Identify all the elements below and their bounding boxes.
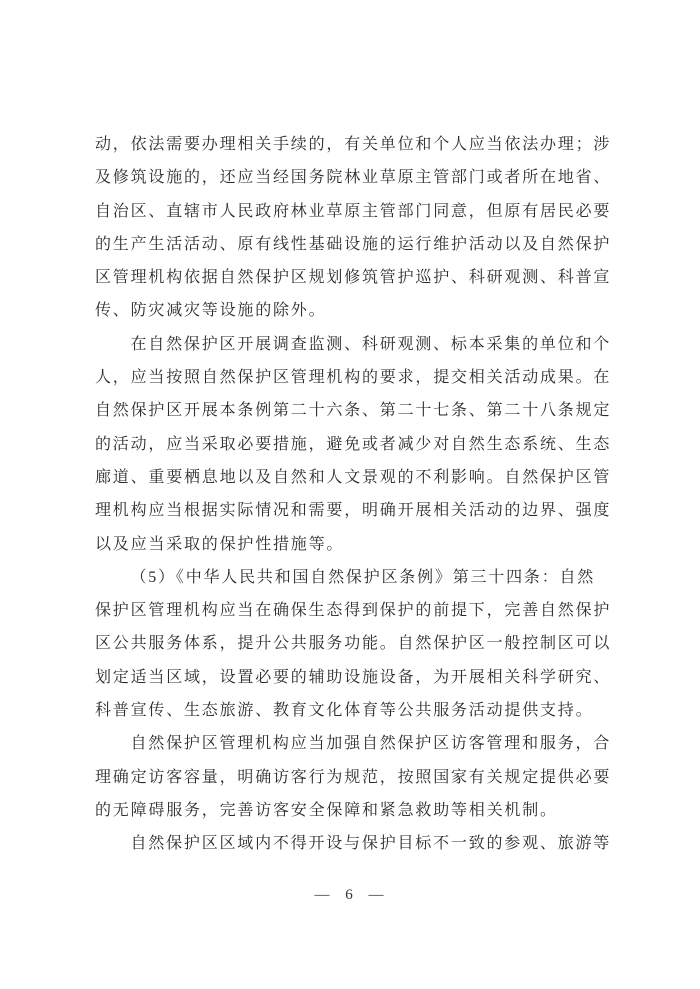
- text-line: 理机构应当根据实际情况和需要，明确开展相关活动的边界、强度: [95, 494, 617, 527]
- page-number: — 6 —: [315, 887, 386, 903]
- text-line: 及修筑设施的，还应当经国务院林业草原主管部门或者所在地省、: [95, 161, 617, 194]
- text-line: 传、防灾减灾等设施的除外。: [95, 294, 617, 327]
- text-line: 在自然保护区开展调查监测、科研观测、标本采集的单位和个: [95, 328, 617, 361]
- text-line: 理确定访客容量，明确访客行为规范，按照国家有关规定提供必要: [95, 761, 617, 794]
- text-line: 的无障碍服务，完善访客安全保障和紧急救助等相关机制。: [95, 794, 617, 827]
- text-line: 自治区、直辖市人民政府林业草原主管部门同意，但原有居民必要: [95, 195, 617, 228]
- text-line: 廊道、重要栖息地以及自然和人文景观的不利影响。自然保护区管: [95, 461, 617, 494]
- text-line: 自然保护区区域内不得开设与保护目标不一致的参观、旅游等: [95, 827, 617, 860]
- page-footer: — 6 —: [0, 886, 700, 904]
- text-line: 科普宣传、生态旅游、教育文化体育等公共服务活动提供支持。: [95, 694, 617, 727]
- text-line: 划定适当区域，设置必要的辅助设施设备，为开展相关科学研究、: [95, 661, 617, 694]
- text-line: （5）《中华人民共和国自然保护区条例》第三十四条：自然: [95, 561, 617, 594]
- document-body: 动，依法需要办理相关手续的，有关单位和个人应当依法办理；涉及修筑设施的，还应当经…: [95, 128, 617, 861]
- document-page: 动，依法需要办理相关手续的，有关单位和个人应当依法办理；涉及修筑设施的，还应当经…: [0, 0, 700, 989]
- text-line: 自然保护区开展本条例第二十六条、第二十七条、第二十八条规定: [95, 394, 617, 427]
- text-line: 的生产生活活动、原有线性基础设施的运行维护活动以及自然保护: [95, 228, 617, 261]
- text-line: 人，应当按照自然保护区管理机构的要求，提交相关活动成果。在: [95, 361, 617, 394]
- text-line: 动，依法需要办理相关手续的，有关单位和个人应当依法办理；涉: [95, 128, 617, 161]
- text-line: 区公共服务体系，提升公共服务功能。自然保护区一般控制区可以: [95, 627, 617, 660]
- text-line: 自然保护区管理机构应当加强自然保护区访客管理和服务，合: [95, 727, 617, 760]
- text-line: 保护区管理机构应当在确保生态得到保护的前提下，完善自然保护: [95, 594, 617, 627]
- text-line: 区管理机构依据自然保护区规划修筑管护巡护、科研观测、科普宣: [95, 261, 617, 294]
- text-line: 的活动，应当采取必要措施，避免或者减少对自然生态系统、生态: [95, 428, 617, 461]
- text-line: 以及应当采取的保护性措施等。: [95, 528, 617, 561]
